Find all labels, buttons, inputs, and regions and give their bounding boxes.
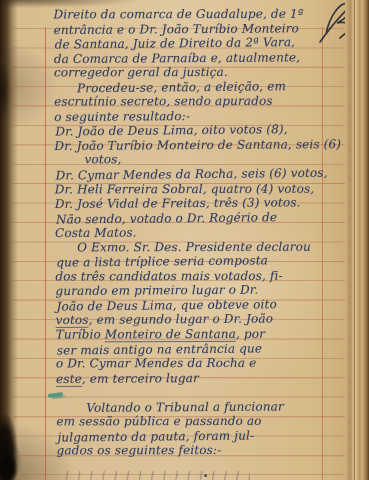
manuscript-line: gados os seguintes feitos:- [57, 443, 349, 458]
manuscript-line: votos, em segundo lugar o Dr. João [56, 311, 348, 328]
manuscript-lines: Direito da comarca de Guadalupe, de 1ªen… [53, 6, 348, 459]
manuscript-line: Dr. Cymar Mendes da Rocha, seis (6) voto… [56, 165, 348, 183]
ink-dot [204, 474, 207, 477]
manuscript-line: que a lista tríplice seria composta [56, 253, 348, 271]
manuscript-line: da Comarca de Parnaíba e, atualmente, [54, 50, 346, 67]
manuscript-line: Dr. Heli Ferreira Sobral, quatro (4) vot… [55, 181, 347, 196]
manuscript-line: João de Deus Lima, que obteve oito [56, 296, 348, 314]
manuscript-line: dos três candidatos mais votados, fi- [55, 268, 347, 283]
manuscript-line: Não sendo, votado o Dr. Rogério de [56, 209, 348, 227]
manuscript-page: Direito da comarca de Guadalupe, de 1ªen… [0, 0, 369, 480]
manuscript-line: Turíbio Monteiro de Santana, por [56, 327, 348, 342]
manuscript-line: Direito da comarca de Guadalupe, de 1ª [53, 7, 345, 22]
page-edge-right [345, 0, 369, 480]
manuscript-line: o Dr. Cymar Mendes da Rocha e [56, 356, 348, 371]
bottom-partial-line [60, 471, 250, 480]
manuscript-line: Costa Matos. [55, 224, 347, 241]
manuscript-line: corregedor geral da justiça. [54, 65, 346, 80]
manuscript-line: escrutínio secreto, sendo apurados [54, 94, 346, 109]
left-margin-line [45, 27, 46, 480]
